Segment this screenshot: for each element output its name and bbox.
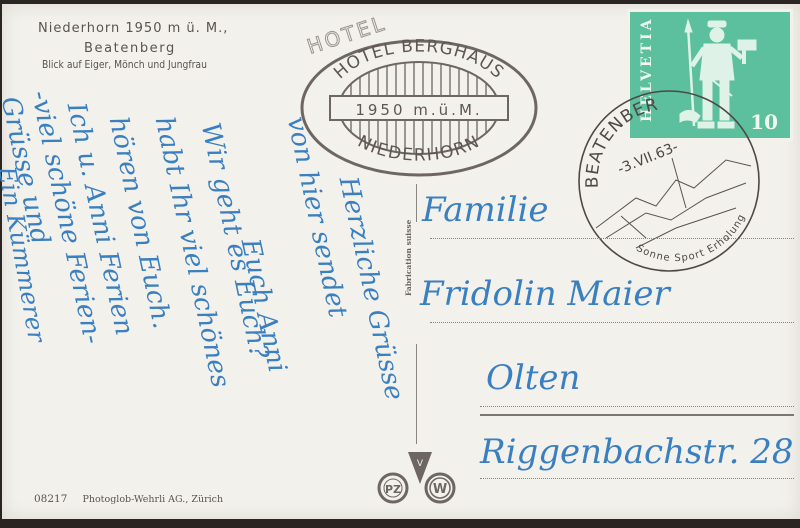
postmark: BEATENBERG -3.VII.63- Sonne Sport Erholu… bbox=[576, 88, 762, 274]
fabrication-note: Fabrication suisse bbox=[404, 220, 413, 296]
svg-text:1950 m.ü.M.: 1950 m.ü.M. bbox=[355, 101, 482, 119]
svg-text:W: W bbox=[433, 482, 447, 497]
address-street: Riggenbachstr. 28 bbox=[480, 432, 794, 472]
address-line-4 bbox=[480, 478, 794, 479]
svg-text:BEATENBERG: BEATENBERG bbox=[569, 73, 660, 188]
card-number: 08217 bbox=[34, 493, 67, 505]
address-line-2 bbox=[430, 322, 794, 323]
svg-text:HOTEL: HOTEL bbox=[304, 11, 389, 59]
address-recipient-name: Fridolin Maier bbox=[420, 274, 670, 314]
caption-place: Beatenberg bbox=[84, 41, 176, 56]
postcard-back: Niederhorn 1950 m ü. M., Beatenberg Blic… bbox=[2, 4, 800, 519]
address-city: Olten bbox=[486, 358, 580, 398]
svg-text:V: V bbox=[417, 459, 424, 469]
center-divider-bottom bbox=[416, 344, 417, 444]
address-underline bbox=[480, 414, 794, 416]
publisher-name: Photoglob-Wehrli AG., Zürich bbox=[82, 494, 223, 505]
svg-text:-3.VII.63-: -3.VII.63- bbox=[616, 139, 681, 178]
svg-text:NIEDERHORN: NIEDERHORN bbox=[354, 132, 483, 166]
address-line-1 bbox=[430, 238, 794, 239]
hotel-handwritten-label: HOTEL bbox=[302, 6, 402, 66]
svg-text:PZ: PZ bbox=[385, 483, 401, 496]
publisher-imprint: 08217 Photoglob-Wehrli AG., Zürich bbox=[34, 493, 223, 505]
caption-description: Blick auf Eiger, Mönch und Jungfrau bbox=[42, 59, 207, 71]
publisher-logos: V PZ W bbox=[376, 444, 466, 506]
address-recipient-family: Familie bbox=[422, 190, 549, 230]
center-divider-top bbox=[416, 184, 417, 222]
caption-title: Niederhorn 1950 m ü. M., bbox=[38, 21, 228, 36]
address-line-3 bbox=[480, 406, 794, 407]
